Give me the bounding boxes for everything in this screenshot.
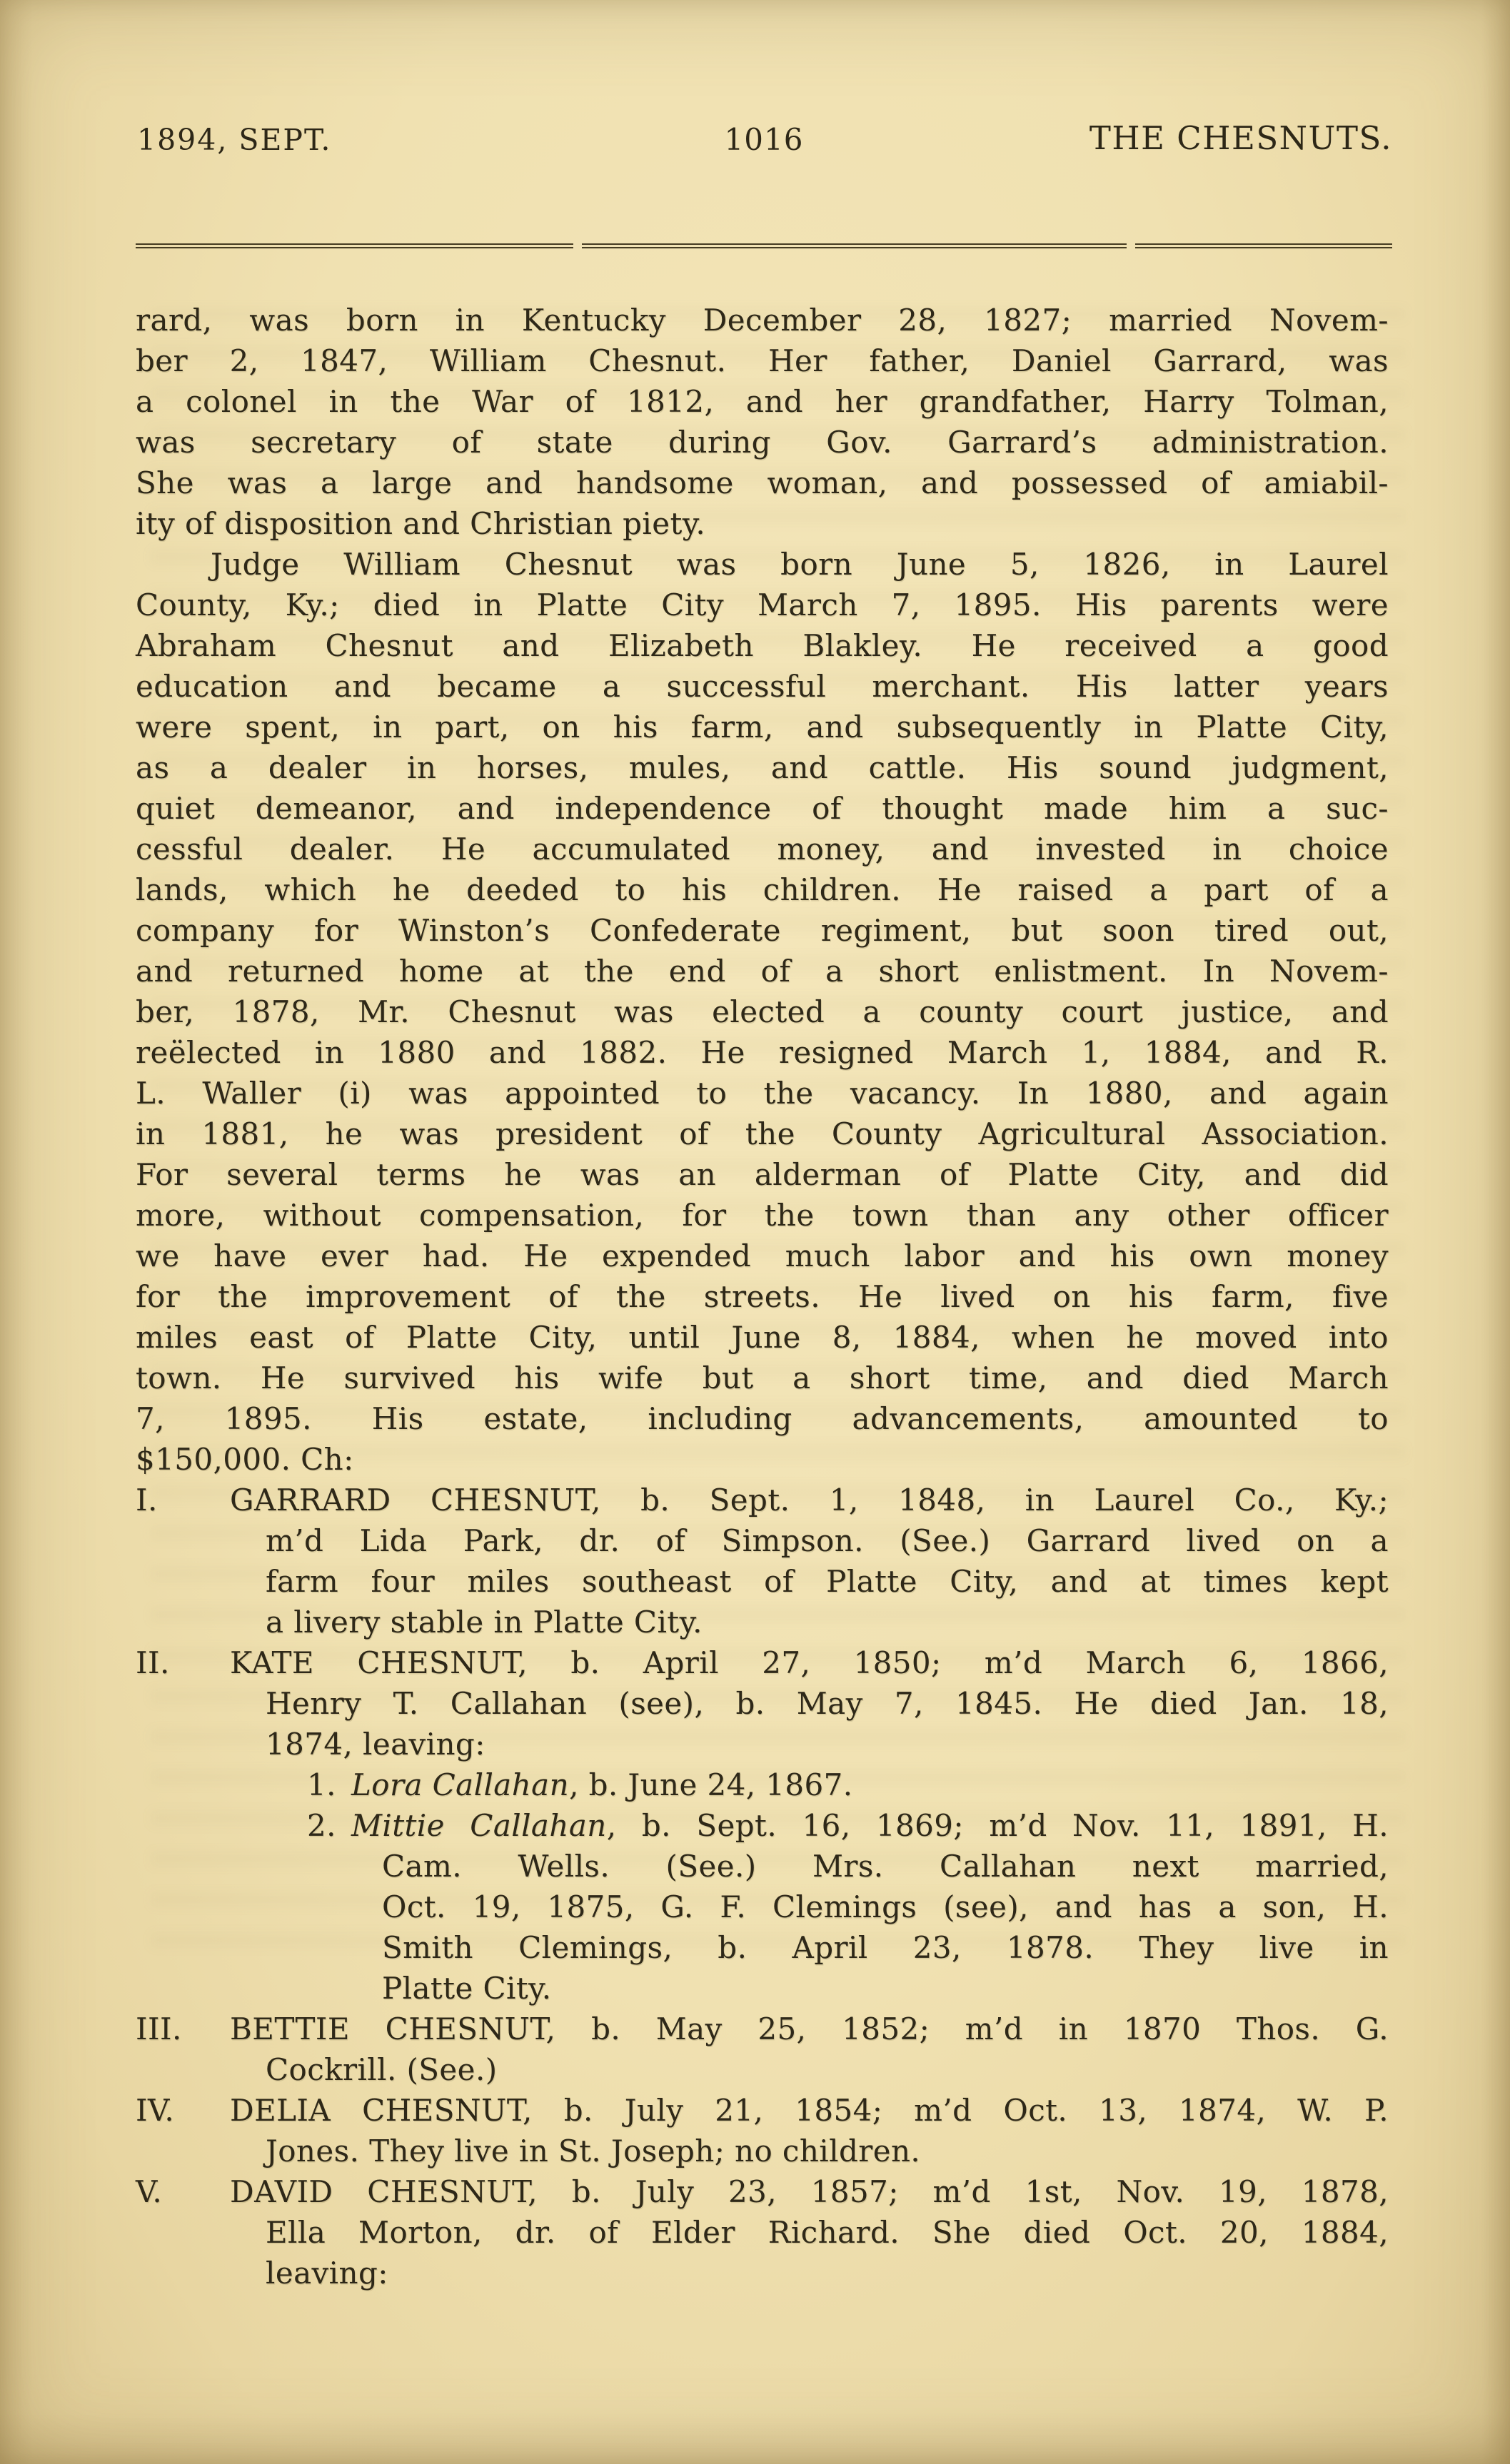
text-line: more, without compensation, for the town… xyxy=(136,1195,1389,1236)
text-line: company for Winston’s Confederate regime… xyxy=(136,910,1389,951)
text-line: for the improvement of the streets. He l… xyxy=(136,1276,1389,1317)
text-line: County, Ky.; died in Platte City March 7… xyxy=(136,585,1389,625)
text-line: Cam. Wells. (See.) Mrs. Callahan next ma… xyxy=(382,1846,1389,1887)
text-line: 1.Lora Callahan, b. June 24, 1867. xyxy=(351,1764,1389,1805)
list-numeral: 1. xyxy=(307,1764,344,1805)
text-line: we have ever had. He expended much labor… xyxy=(136,1236,1389,1276)
text-line: She was a large and handsome woman, and … xyxy=(136,463,1389,503)
text-line: L. Waller (i) was appointed to the vacan… xyxy=(136,1073,1389,1114)
text-line: as a dealer in horses, mules, and cattle… xyxy=(136,747,1389,788)
text-line: For several terms he was an alderman of … xyxy=(136,1154,1389,1195)
text-line: Judge William Chesnut was born June 5, 1… xyxy=(136,544,1389,585)
text-line: miles east of Platte City, until June 8,… xyxy=(136,1317,1389,1358)
text-line: were spent, in part, on his farm, and su… xyxy=(136,707,1389,747)
header-rule-segment xyxy=(136,243,573,248)
text-line: in 1881, he was president of the County … xyxy=(136,1114,1389,1154)
text-line: ber, 1878, Mr. Chesnut was elected a cou… xyxy=(136,991,1389,1032)
text-line: Cockrill. (See.) xyxy=(266,2049,1389,2090)
text-line: 7, 1895. His estate, including advanceme… xyxy=(136,1398,1389,1439)
text-line: I.GARRARD CHESNUT, b. Sept. 1, 1848, in … xyxy=(230,1480,1389,1520)
text-line: Smith Clemings, b. April 23, 1878. They … xyxy=(382,1927,1389,1968)
text-line: town. He survived his wife but a short t… xyxy=(136,1358,1389,1398)
text-line: ber 2, 1847, William Chesnut. Her father… xyxy=(136,340,1389,381)
page-header: 1894, SEPT. 1016 THE CHESNUTS. xyxy=(136,120,1392,160)
list-numeral: V. xyxy=(136,2171,220,2212)
text-line: reëlected in 1880 and 1882. He resigned … xyxy=(136,1032,1389,1073)
list-numeral: 2. xyxy=(307,1805,344,1846)
text-block: rard, was born in Kentucky December 28, … xyxy=(136,300,1389,2293)
text-line: Abraham Chesnut and Elizabeth Blakley. H… xyxy=(136,625,1389,666)
text-line: a livery stable in Platte City. xyxy=(266,1602,1389,1642)
text-line: $150,000. Ch: xyxy=(136,1439,1389,1480)
text-line: Platte City. xyxy=(382,1968,1389,2009)
list-numeral: III. xyxy=(136,2009,220,2049)
header-rule-segment xyxy=(1135,243,1392,248)
text-line: Ella Morton, dr. of Elder Richard. She d… xyxy=(266,2212,1389,2253)
text-line: Henry T. Callahan (see), b. May 7, 1845.… xyxy=(266,1683,1389,1724)
text-line: a colonel in the War of 1812, and her gr… xyxy=(136,381,1389,422)
child-name-italic: Mittie Callahan xyxy=(351,1808,607,1843)
book-page: 1894, SEPT. 1016 THE CHESNUTS. rard, was… xyxy=(0,0,1510,2464)
list-numeral: II. xyxy=(136,1642,220,1683)
child-name-italic: Lora Callahan xyxy=(351,1767,569,1802)
text-line: cessful dealer. He accumulated money, an… xyxy=(136,829,1389,869)
text-line: III.BETTIE CHESNUT, b. May 25, 1852; m’d… xyxy=(230,2009,1389,2049)
text-line: education and became a successful mercha… xyxy=(136,666,1389,707)
text-line: ity of disposition and Christian piety. xyxy=(136,503,1389,544)
text-line: farm four miles southeast of Platte City… xyxy=(266,1561,1389,1602)
text-line: lands, which he deeded to his children. … xyxy=(136,869,1389,910)
text-line: leaving: xyxy=(266,2253,1389,2293)
text-line: Oct. 19, 1875, G. F. Clemings (see), and… xyxy=(382,1887,1389,1927)
text-line: quiet demeanor, and independence of thou… xyxy=(136,788,1389,829)
text-line: Jones. They live in St. Joseph; no child… xyxy=(266,2131,1389,2171)
text-line: and returned home at the end of a short … xyxy=(136,951,1389,991)
text-line: m’d Lida Park, dr. of Simpson. (See.) Ga… xyxy=(266,1520,1389,1561)
header-rule-segment xyxy=(582,243,1127,248)
header-title: THE CHESNUTS. xyxy=(1089,118,1392,158)
text-line: 2.Mittie Callahan, b. Sept. 16, 1869; m’… xyxy=(351,1805,1389,1846)
list-numeral: IV. xyxy=(136,2090,220,2131)
text-line: IV.DELIA CHESNUT, b. July 21, 1854; m’d … xyxy=(230,2090,1389,2131)
text-line: V.DAVID CHESNUT, b. July 23, 1857; m’d 1… xyxy=(230,2171,1389,2212)
text-line: rard, was born in Kentucky December 28, … xyxy=(136,300,1389,340)
list-numeral: I. xyxy=(136,1480,220,1520)
header-rule xyxy=(136,243,1392,249)
text-line: was secretary of state during Gov. Garra… xyxy=(136,422,1389,463)
text-line: 1874, leaving: xyxy=(266,1724,1389,1764)
text-line: II.KATE CHESNUT, b. April 27, 1850; m’d … xyxy=(230,1642,1389,1683)
